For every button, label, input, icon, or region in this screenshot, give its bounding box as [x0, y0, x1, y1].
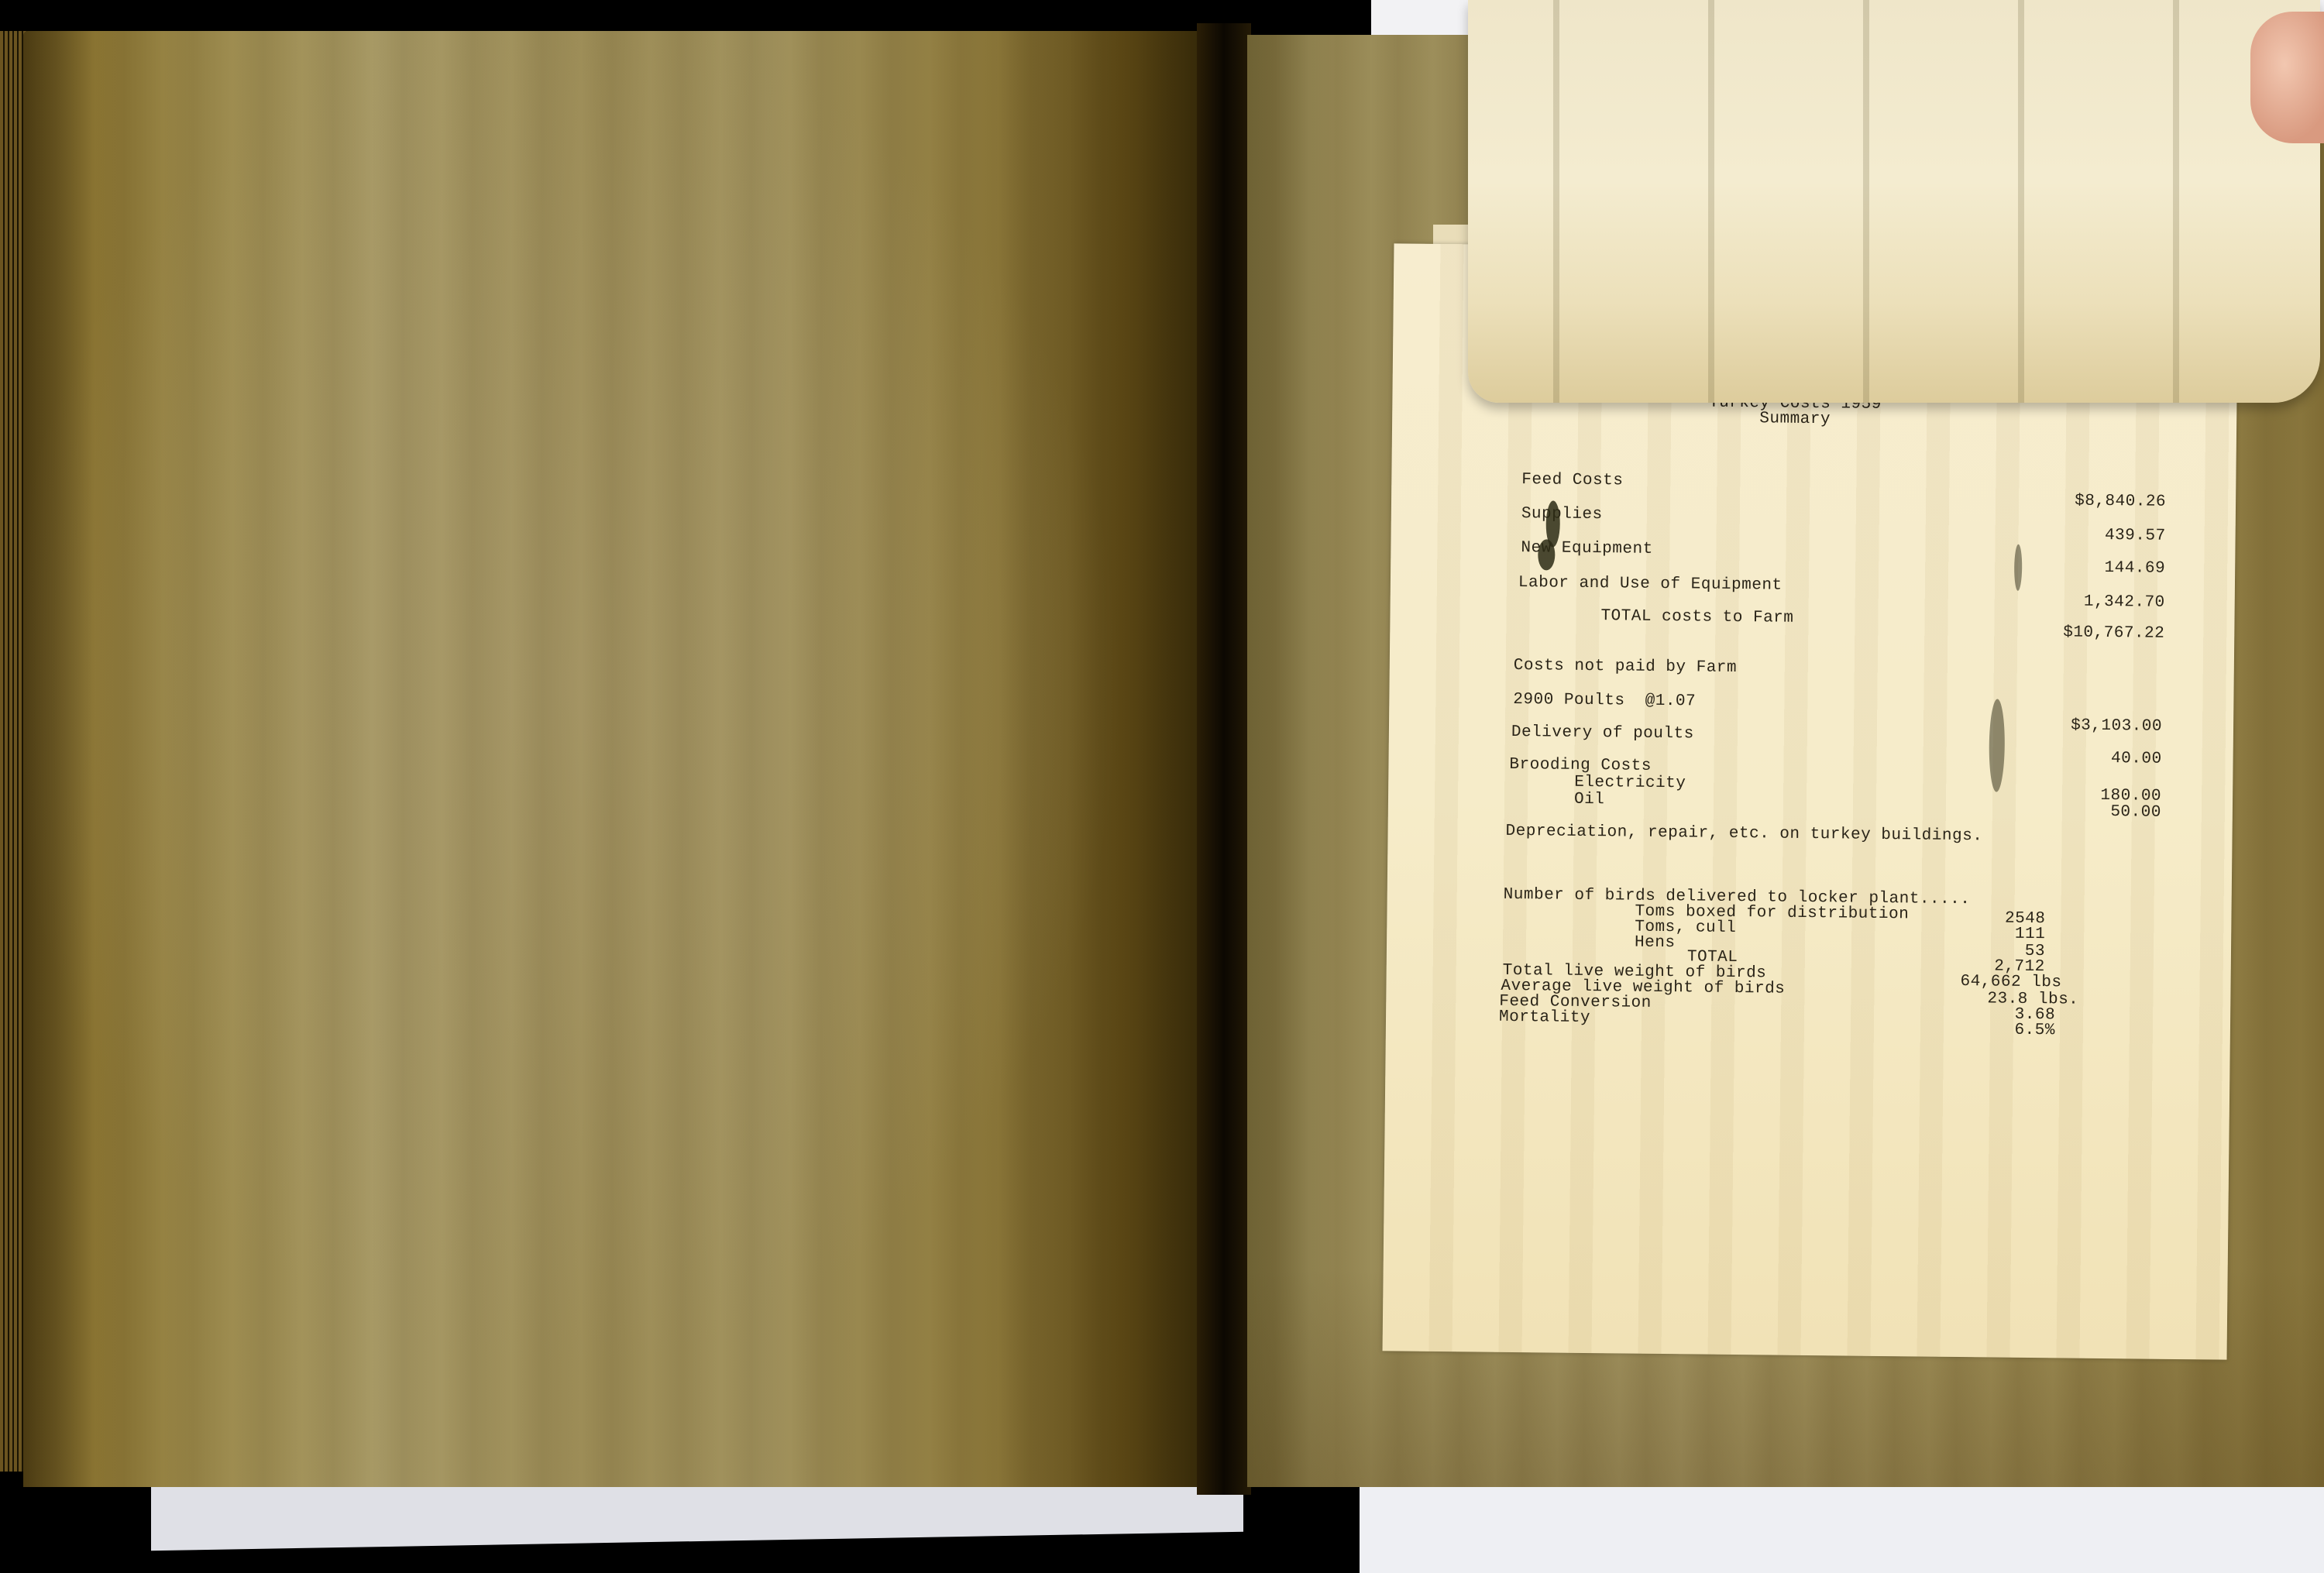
doc-summary-label: Summary: [1679, 409, 1911, 429]
depreciation-note: Depreciation, repair, etc. on turkey bui…: [1505, 823, 1982, 845]
birds-item-label: Hens: [1635, 934, 1676, 953]
delivery-label: Delivery of poults: [1511, 723, 1694, 743]
cost-amount: $8,840.26: [2011, 492, 2166, 511]
poults-label: 2900 Poults @1.07: [1513, 691, 1696, 710]
farm-total-amount: $10,767.22: [2009, 623, 2164, 643]
electricity-label: Electricity: [1574, 774, 1686, 793]
cost-amount: 144.69: [2010, 558, 2165, 578]
delivery-amount: 40.00: [2006, 749, 2161, 768]
not-paid-heading: Costs not paid by Farm: [1514, 657, 1737, 677]
cost-label: Labor and Use of Equipment: [1518, 574, 1783, 595]
left-album-page: [23, 31, 1220, 1487]
hand-thumb: [2250, 12, 2324, 143]
mildew-spot: [1989, 699, 2005, 792]
cost-amount: 1,342.70: [2010, 592, 2165, 612]
turning-page[interactable]: [1468, 0, 2320, 403]
oil-label: Oil: [1574, 791, 1605, 809]
farm-total-label: TOTAL costs to Farm: [1600, 607, 1793, 627]
oil-amount: 50.00: [2006, 802, 2161, 822]
mildew-spot: [2014, 544, 2023, 591]
cost-label: Supplies: [1521, 505, 1603, 524]
cost-amount: 439.57: [2011, 526, 2166, 545]
mildew-spot: [1538, 539, 1555, 570]
stat-value: 6.5%: [1900, 1020, 2055, 1039]
stat-label: Mortality: [1499, 1008, 1590, 1027]
book-spine: [1197, 23, 1251, 1495]
cost-label: Feed Costs: [1521, 471, 1623, 489]
poults-amount: $3,103.00: [2007, 716, 2162, 736]
brooding-heading: Brooding Costs: [1509, 756, 1652, 775]
typed-summary-sheet: MAGEE FARMS Turkey Costs 1959 Summary Fe…: [1383, 243, 2239, 1359]
